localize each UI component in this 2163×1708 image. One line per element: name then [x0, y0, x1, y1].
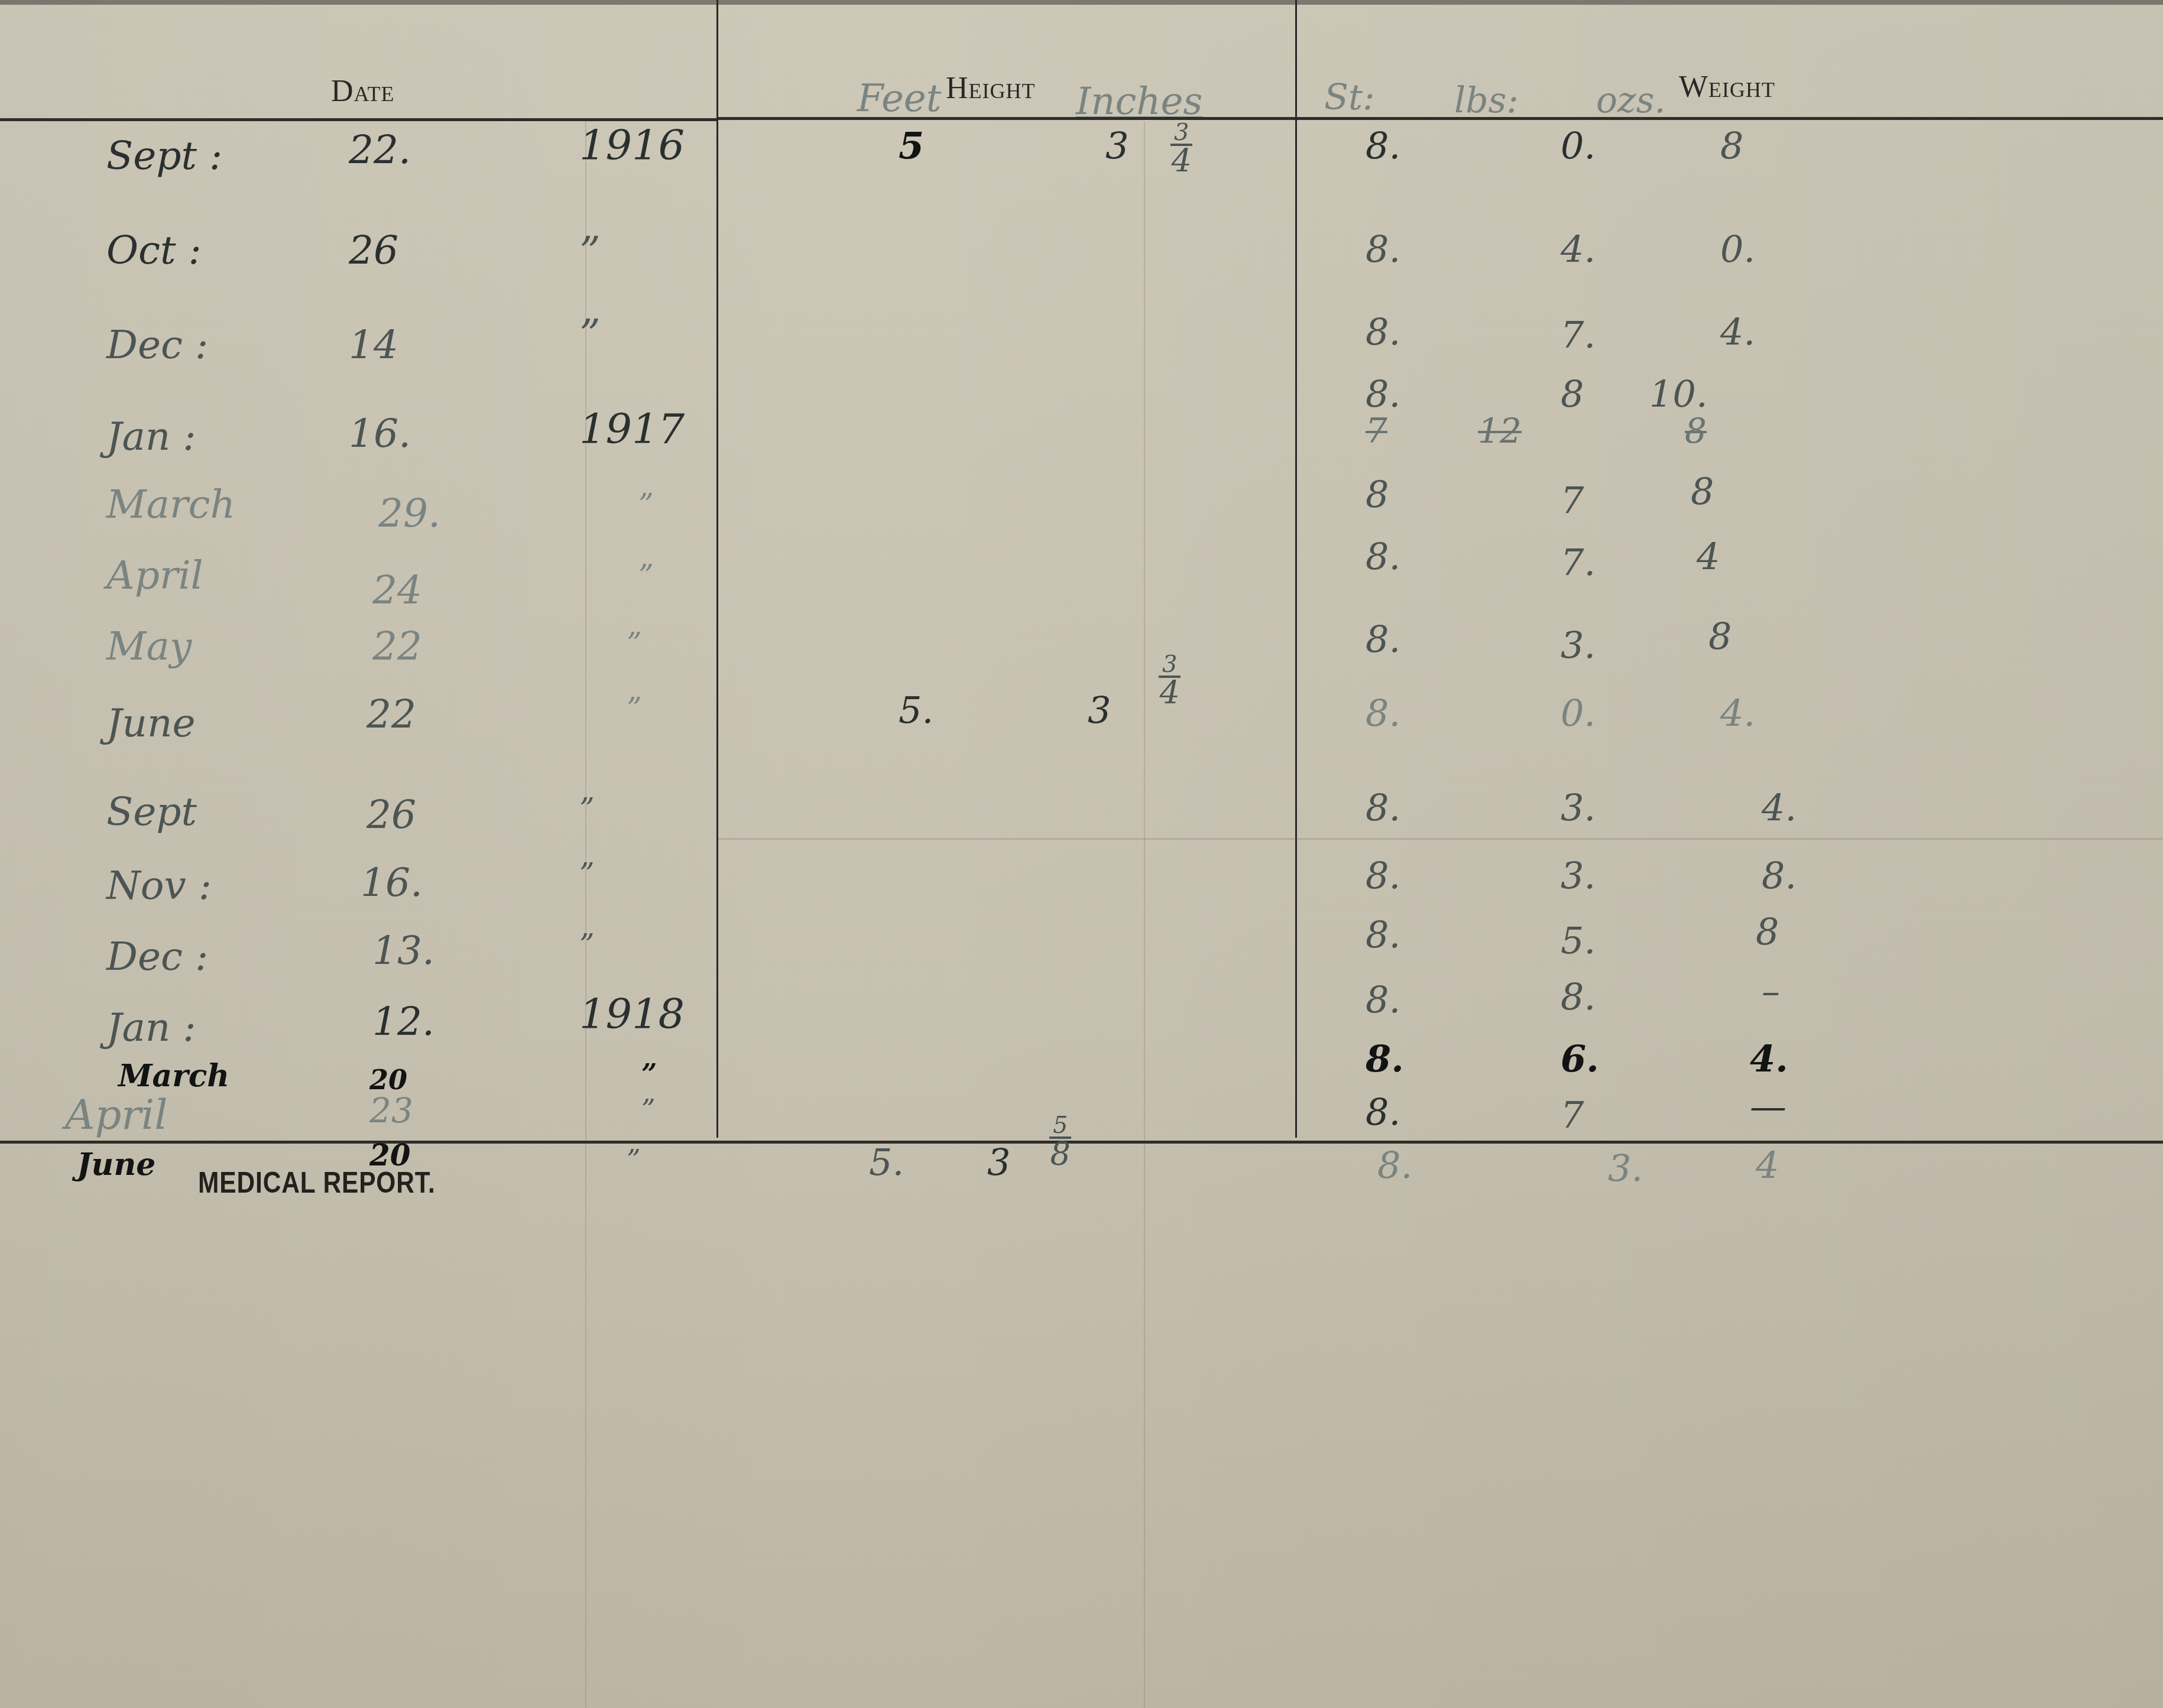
record-year: ” — [627, 691, 642, 726]
record-day: 14 — [349, 322, 398, 368]
record-weight-lbs: 5. — [1561, 919, 1596, 962]
record-weight-lbs: 4. — [1561, 228, 1596, 271]
height-column-header: Height — [946, 71, 1036, 106]
record-weight-stone: 8 — [1366, 473, 1389, 516]
ozs-subheader: ozs. — [1596, 80, 1666, 121]
weight-column-header: Weight — [1679, 70, 1775, 105]
struck-ozs: 8 — [1685, 411, 1707, 451]
record-weight-stone: 8. — [1366, 691, 1400, 735]
record-day: 16. — [361, 860, 423, 905]
record-day: 22. — [349, 127, 411, 173]
record-weight-lbs: 8. — [1561, 975, 1596, 1018]
record-year: ” — [641, 1093, 656, 1125]
record-weight-lbs: 7. — [1561, 541, 1596, 584]
record-year: ” — [627, 626, 642, 661]
record-month: April — [65, 1090, 168, 1139]
record-weight-stone: 8. — [1366, 228, 1400, 271]
record-weight-stone: 8. — [1366, 786, 1400, 829]
record-weight-ozs: 8 — [1691, 470, 1714, 513]
record-year: ” — [579, 928, 595, 962]
header-rule-right — [718, 117, 2163, 120]
record-weight-ozs: — — [1750, 1084, 1786, 1128]
record-day: 13. — [372, 928, 434, 973]
struck-stone: 7 — [1366, 411, 1387, 451]
record-weight-stone: 8. — [1366, 978, 1400, 1021]
record-height-feet: 5. — [899, 689, 933, 732]
record-year: 1918 — [579, 990, 685, 1038]
record-weight-stone: 8. — [1366, 1037, 1404, 1080]
record-weight-stone: 8. — [1366, 1090, 1400, 1134]
record-weight-ozs: 4. — [1762, 786, 1796, 829]
record-weight-ozs: 8. — [1762, 854, 1796, 897]
record-weight-ozs: 4. — [1720, 691, 1755, 735]
record-month: Nov : — [106, 863, 212, 908]
record-weight-ozs: 8 — [1708, 615, 1731, 658]
record-weight-lbs: 7. — [1561, 313, 1596, 356]
record-day: 24 — [372, 567, 422, 613]
record-height-fraction: 34 — [1159, 653, 1181, 708]
record-day: 26 — [367, 792, 416, 837]
lbs-subheader: lbs: — [1454, 80, 1519, 121]
record-height-fraction: 34 — [1170, 121, 1192, 176]
faint-row-guide — [718, 838, 2163, 840]
record-weight-stone: 8. — [1366, 535, 1400, 578]
record-weight-ozs: 8 — [1720, 124, 1743, 167]
record-height-inches: 3 — [987, 1141, 1010, 1184]
record-weight-stone: 8. — [1366, 618, 1400, 661]
record-weight-lbs: 7 — [1561, 479, 1584, 522]
record-month: Oct : — [106, 228, 202, 273]
date-column-header: Date — [331, 74, 395, 109]
faint-year-guide — [585, 121, 586, 1708]
record-month: Sept — [106, 789, 197, 834]
record-weight-lbs: 3. — [1608, 1147, 1643, 1190]
record-weight-ozs: 10. — [1649, 372, 1708, 415]
record-year: ” — [579, 228, 601, 276]
record-year: ” — [638, 558, 654, 593]
record-weight-lbs: 3. — [1561, 854, 1596, 897]
record-weight-stone: 8. — [1377, 1144, 1412, 1187]
record-month: April — [106, 553, 203, 598]
record-month: Sept : — [106, 133, 222, 178]
record-weight-lbs: 3. — [1561, 786, 1596, 829]
record-day: 16. — [349, 411, 411, 456]
record-month: March — [106, 482, 235, 527]
card-top-edge — [0, 0, 2163, 5]
record-weight-stone: 8. — [1366, 310, 1400, 353]
record-month: May — [106, 624, 192, 669]
record-year: ” — [641, 1058, 657, 1090]
record-year: ” — [579, 857, 595, 891]
record-day: 29. — [378, 491, 440, 536]
record-month: Jan : — [106, 1005, 196, 1050]
faint-inches-guide — [1144, 121, 1145, 1708]
record-weight-ozs: 4 — [1756, 1144, 1779, 1187]
record-weight-ozs: 4. — [1720, 310, 1755, 353]
struck-lbs: 12 — [1478, 411, 1522, 451]
record-year: ” — [579, 792, 595, 826]
record-year: 1917 — [579, 405, 685, 453]
record-weight-lbs: 7 — [1561, 1093, 1584, 1136]
record-weight-stone: 8. — [1366, 913, 1400, 956]
record-weight-ozs: – — [1762, 969, 1780, 1012]
record-day: 22 — [372, 624, 422, 669]
record-height-inches: 3 — [1088, 689, 1111, 732]
record-weight-lbs: 8 — [1561, 372, 1584, 415]
record-year: ” — [638, 488, 654, 522]
table-bottom-rule — [0, 1141, 2163, 1144]
record-month: Dec : — [106, 322, 208, 368]
record-height-inches: 3 — [1105, 124, 1128, 167]
record-height-feet: 5 — [899, 124, 924, 167]
height-weight-divider — [1295, 0, 1297, 1138]
record-weight-ozs: 0. — [1720, 228, 1755, 271]
record-weight-lbs: 0. — [1561, 691, 1596, 735]
record-month: June — [106, 700, 196, 746]
record-day: 23 — [369, 1090, 413, 1131]
record-day: 26 — [349, 228, 398, 273]
record-height-feet: 5. — [869, 1141, 904, 1184]
record-weight-lbs: 3. — [1561, 624, 1596, 667]
medical-record-card: Date Height Weight Feet Inches St: lbs: … — [0, 0, 2163, 1708]
record-weight-lbs: 0. — [1561, 124, 1596, 167]
record-weight-stone: 8. — [1366, 124, 1400, 167]
record-weight-ozs: 8 — [1756, 910, 1779, 953]
record-weight-stone: 8. — [1366, 372, 1400, 415]
record-day: 12. — [372, 999, 434, 1044]
date-height-divider — [716, 0, 718, 1138]
record-day: 22 — [367, 691, 416, 737]
record-year: ” — [627, 1144, 641, 1176]
record-weight-ozs: 4. — [1750, 1037, 1788, 1080]
stone-subheader: St: — [1324, 77, 1374, 118]
record-month: Dec : — [106, 934, 208, 979]
record-weight-lbs: 6. — [1561, 1037, 1599, 1080]
feet-subheader: Feet — [857, 77, 941, 121]
record-year: ” — [579, 310, 601, 359]
record-month: Jan : — [106, 414, 196, 459]
record-month: March — [118, 1058, 229, 1094]
record-month: June — [77, 1147, 155, 1183]
record-weight-stone: 8. — [1366, 854, 1400, 897]
record-weight-ozs: 4 — [1697, 535, 1720, 578]
record-height-fraction: 58 — [1049, 1114, 1071, 1169]
record-year: 1916 — [579, 121, 685, 170]
medical-report-title: MEDICAL REPORT. — [198, 1165, 436, 1200]
